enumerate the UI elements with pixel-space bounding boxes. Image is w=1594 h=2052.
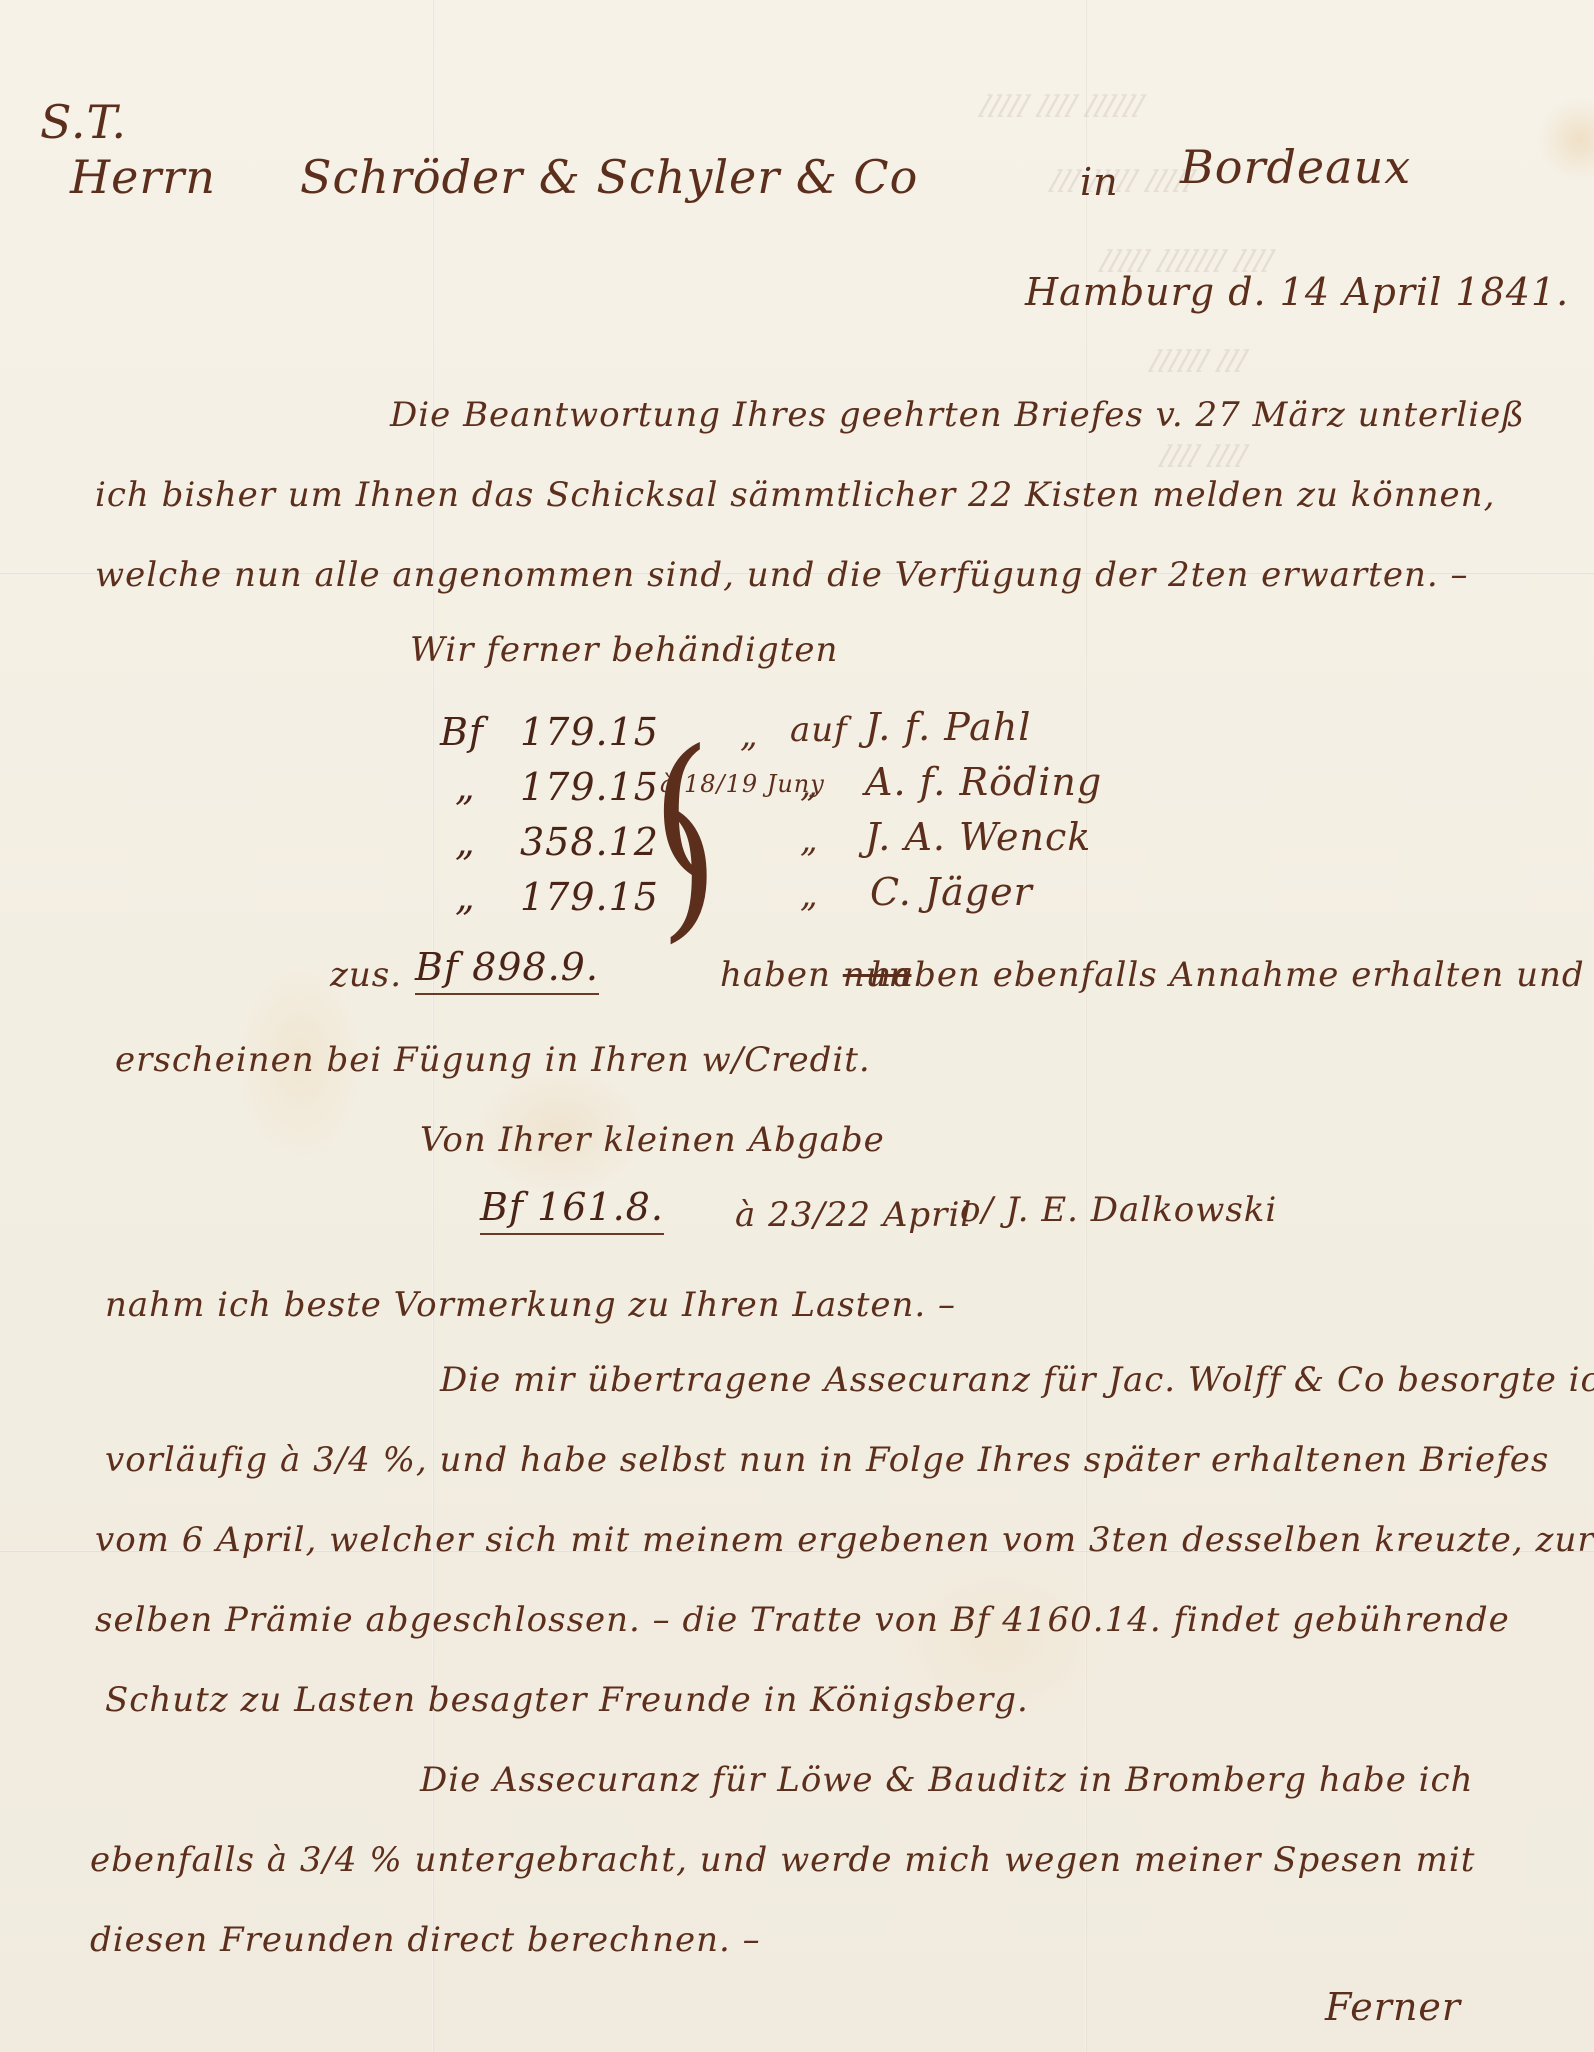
paper-fold-vertical <box>432 0 434 2052</box>
small-draft-note: nahm ich beste Vormerkung zu Ihren Laste… <box>105 1285 956 1325</box>
address-in: in <box>1080 160 1119 204</box>
draft-drawee: C. Jäger <box>870 870 1033 914</box>
draft-ditto: „ <box>740 715 759 755</box>
draft-ditto: „ <box>800 820 819 860</box>
draft-prefix: Bf <box>440 710 484 754</box>
address-herrn: Herrn <box>70 150 216 204</box>
salutation-abbrev: S.T. <box>40 95 127 149</box>
small-draft-intro: Von Ihrer kleinen Abgabe <box>420 1120 885 1160</box>
bleed-through-text: llll llll <box>1154 440 1253 475</box>
total-prefix: zus. <box>330 955 402 995</box>
draft-amount: 358.12 <box>520 820 659 864</box>
draft-amount: 179.15 <box>520 875 659 919</box>
draft-drawee: A. f. Röding <box>865 760 1102 804</box>
credit-line: erscheinen bei Fügung in Ihren w/Credit. <box>115 1040 871 1080</box>
recipient-city: Bordeaux <box>1180 140 1411 194</box>
paragraph-3-line: Die Assecuranz für Löwe & Bauditz in Bro… <box>420 1760 1474 1800</box>
bleed-through-text: llllll lll <box>1144 345 1253 380</box>
small-draft-due: à 23/22 April <box>735 1195 972 1235</box>
paragraph-1-line: ich bisher um Ihnen das Schicksal sämmtl… <box>95 475 1495 515</box>
draft-prefix: „ <box>455 820 476 864</box>
paragraph-2-line: Schutz zu Lasten besagter Freunde in Kön… <box>105 1680 1029 1720</box>
paragraph-2-line: vorläufig à 3/4 %, und habe selbst nun i… <box>105 1440 1549 1480</box>
paragraph-2-line: vom 6 April, welcher sich mit meinem erg… <box>95 1520 1594 1560</box>
total-text-rest: haben ebenfalls Annahme erhalten und <box>870 955 1585 995</box>
draft-prefix: „ <box>455 875 476 919</box>
bracket-right: ) <box>660 795 719 945</box>
draft-amount: 179.15 <box>520 710 659 754</box>
draft-on: auf <box>790 710 848 750</box>
draft-drawee: J. A. Wenck <box>865 815 1091 859</box>
paragraph-2-line: Die mir übertragene Assecuranz für Jac. … <box>440 1360 1594 1400</box>
list-intro: Wir ferner behändigten <box>410 630 838 670</box>
closing-word: Ferner <box>1325 1985 1461 2029</box>
paragraph-1-line: Die Beantwortung Ihres geehrten Briefes … <box>390 395 1525 435</box>
total-amount: Bf 898.9. <box>415 945 599 995</box>
recipient-name: Schröder & Schyler & Co <box>300 150 918 204</box>
total-text-haben: haben <box>720 955 843 995</box>
draft-ditto: „ <box>800 765 819 805</box>
bleed-through-text: lllll llll llllll <box>974 90 1150 125</box>
paragraph-3-line: ebenfalls à 3/4 % untergebracht, und wer… <box>90 1840 1475 1880</box>
small-draft-amount: Bf 161.8. <box>480 1185 664 1235</box>
paragraph-2-line: selben Prämie abgeschlossen. – die Tratt… <box>95 1600 1510 1640</box>
dateline: Hamburg d. 14 April 1841. <box>1025 270 1569 314</box>
draft-prefix: „ <box>455 765 476 809</box>
paragraph-1-line: welche nun alle angenommen sind, und die… <box>95 555 1468 595</box>
bleed-through-text: lll lllll lllll <box>1044 165 1201 200</box>
draft-drawee: J. f. Pahl <box>865 705 1031 749</box>
small-draft-order: o/ J. E. Dalkowski <box>960 1190 1277 1230</box>
draft-amount: 179.15 <box>520 765 659 809</box>
paragraph-3-line: diesen Freunden direct berechnen. – <box>90 1920 761 1960</box>
draft-ditto: „ <box>800 875 819 915</box>
